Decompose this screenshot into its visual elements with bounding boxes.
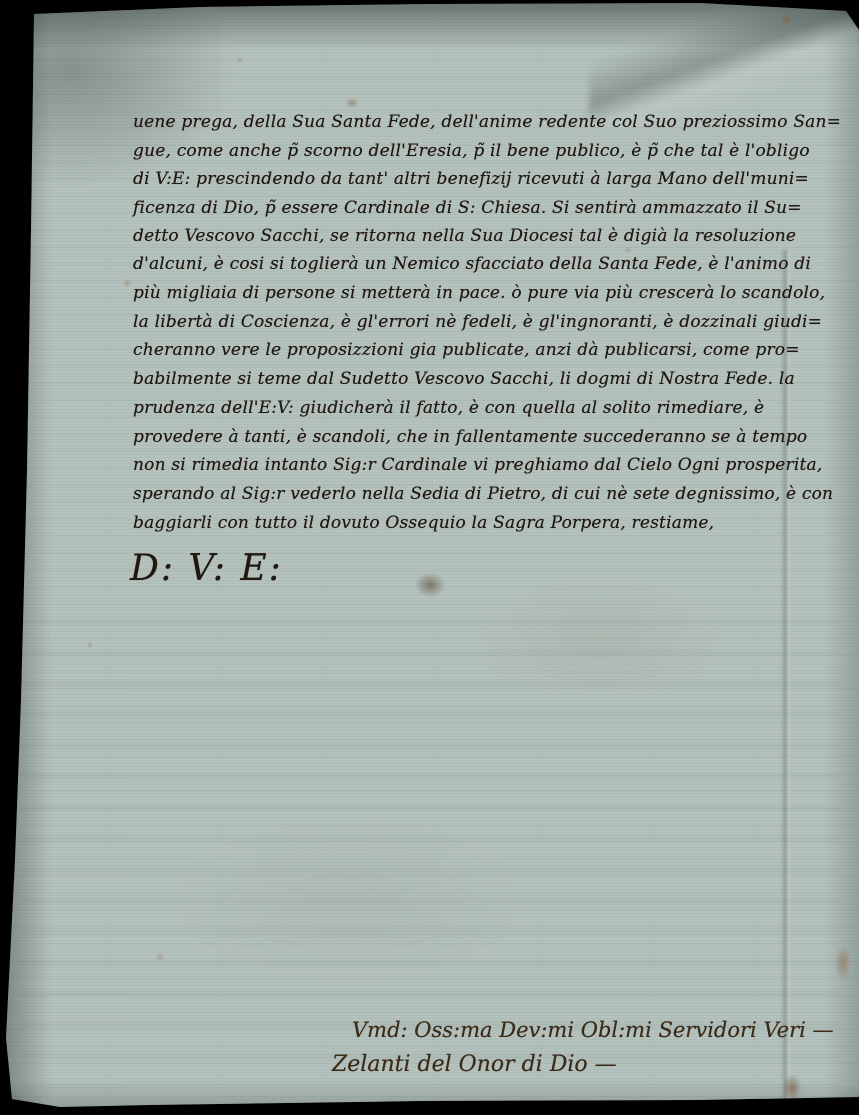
manuscript-line: gue, come anche p̃ scorno dell'Eresia, p… bbox=[133, 143, 810, 160]
valediction-monogram: D: V: E: bbox=[130, 548, 283, 589]
paper-edge-shadow bbox=[0, 0, 859, 1115]
paper-sheet: uene prega, della Sua Santa Fede, dell'a… bbox=[0, 0, 859, 1115]
manuscript-line: provedere à tanti, è scandoli, che in fa… bbox=[133, 429, 807, 446]
manuscript-line: ficenza di Dio, p̃ essere Cardinale di S… bbox=[133, 200, 802, 217]
scanned-page: uene prega, della Sua Santa Fede, dell'a… bbox=[0, 0, 859, 1115]
manuscript-line: detto Vescovo Sacchi, se ritorna nella S… bbox=[133, 228, 796, 245]
manuscript-line: baggiarli con tutto il dovuto Ossequio l… bbox=[133, 515, 714, 532]
manuscript-line: non si rimedia intanto Sig:r Cardinale v… bbox=[133, 457, 822, 474]
manuscript-line: d'alcuni, è cosi si toglierà un Nemico s… bbox=[133, 256, 811, 273]
manuscript-line: più migliaia di persone si metterà in pa… bbox=[133, 285, 825, 302]
signature-line-1: Vmd: Oss:ma Dev:mi Obl:mi Servidori Veri… bbox=[352, 1018, 834, 1042]
manuscript-line: sperando al Sig:r vederlo nella Sedia di… bbox=[133, 486, 833, 503]
manuscript-line: di V:E: prescindendo da tant' altri bene… bbox=[133, 171, 809, 188]
paper-fold-crease bbox=[589, 0, 859, 130]
signature-line-2: Zelanti del Onor di Dio — bbox=[332, 1052, 617, 1077]
paper-stains bbox=[0, 0, 859, 1115]
manuscript-line: uene prega, della Sua Santa Fede, dell'a… bbox=[133, 114, 841, 131]
manuscript-line: prudenza dell'E:V: giudicherà il fatto, … bbox=[133, 400, 764, 417]
manuscript-line: babilmente si teme dal Sudetto Vescovo S… bbox=[133, 371, 795, 388]
manuscript-line: cheranno vere le proposizzioni gia publi… bbox=[133, 342, 800, 359]
manuscript-line: la libertà di Coscienza, è gl'errori nè … bbox=[133, 314, 822, 331]
